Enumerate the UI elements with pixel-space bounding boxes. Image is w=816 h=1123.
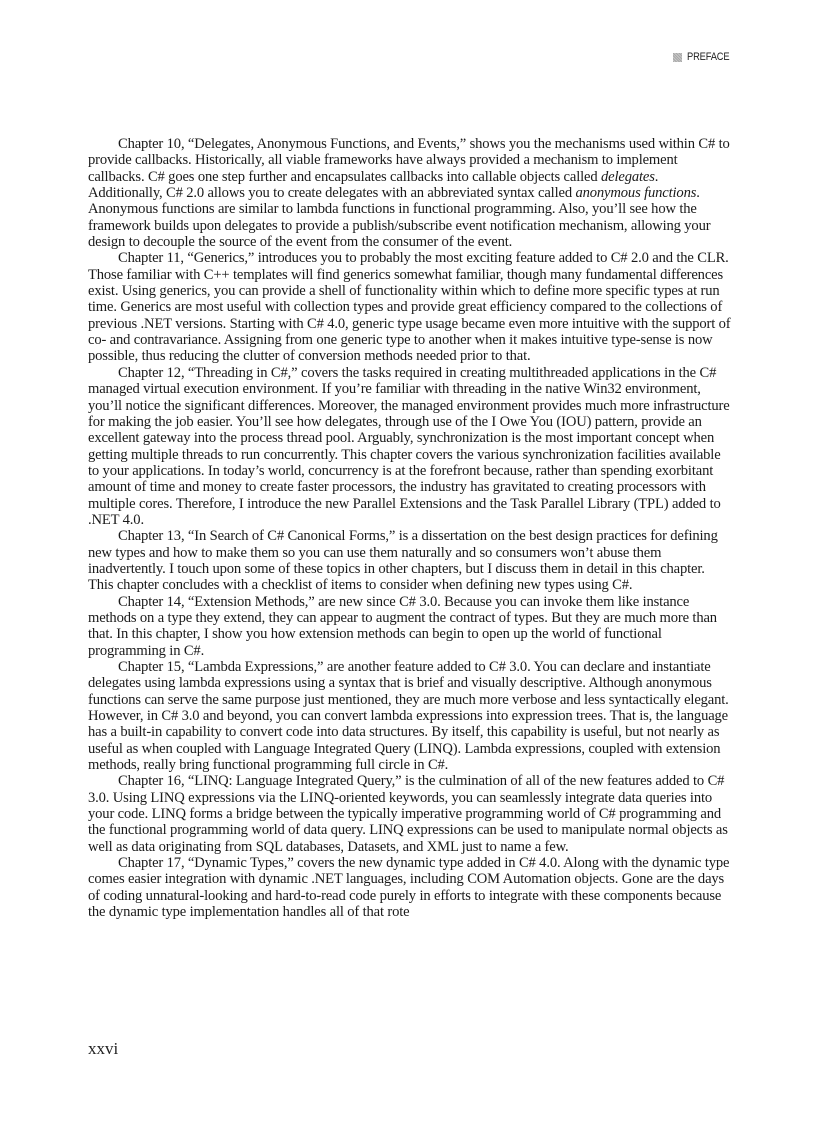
paragraph-chapter-13: Chapter 13, “In Search of C# Canonical F…: [88, 528, 732, 593]
italic-term-delegates: delegates: [601, 169, 655, 185]
text-run: Chapter 13, “In Search of C# Canonical F…: [88, 528, 718, 593]
italic-term-anonymous-functions: anonymous functions: [575, 185, 696, 201]
text-run: Chapter 17, “Dynamic Types,” covers the …: [88, 855, 729, 920]
text-run: Chapter 16, “LINQ: Language Integrated Q…: [88, 773, 728, 854]
running-header: PREFACE: [673, 51, 737, 63]
body-text: Chapter 10, “Delegates, Anonymous Functi…: [88, 136, 732, 921]
section-label: PREFACE: [687, 51, 729, 63]
page-number: xxvi: [88, 1039, 118, 1059]
text-run: Chapter 11, “Generics,” introduces you t…: [88, 250, 731, 364]
paragraph-chapter-11: Chapter 11, “Generics,” introduces you t…: [88, 250, 732, 364]
gray-square-icon: [673, 53, 682, 62]
paragraph-chapter-17: Chapter 17, “Dynamic Types,” covers the …: [88, 855, 732, 920]
text-run: Chapter 14, “Extension Methods,” are new…: [88, 594, 717, 659]
paragraph-chapter-12: Chapter 12, “Threading in C#,” covers th…: [88, 365, 732, 528]
paragraph-chapter-15: Chapter 15, “Lambda Expressions,” are an…: [88, 659, 732, 773]
paragraph-chapter-10: Chapter 10, “Delegates, Anonymous Functi…: [88, 136, 732, 250]
text-run: Chapter 12, “Threading in C#,” covers th…: [88, 365, 730, 528]
text-run: Chapter 15, “Lambda Expressions,” are an…: [88, 659, 729, 773]
paragraph-chapter-16: Chapter 16, “LINQ: Language Integrated Q…: [88, 773, 732, 855]
paragraph-chapter-14: Chapter 14, “Extension Methods,” are new…: [88, 594, 732, 659]
